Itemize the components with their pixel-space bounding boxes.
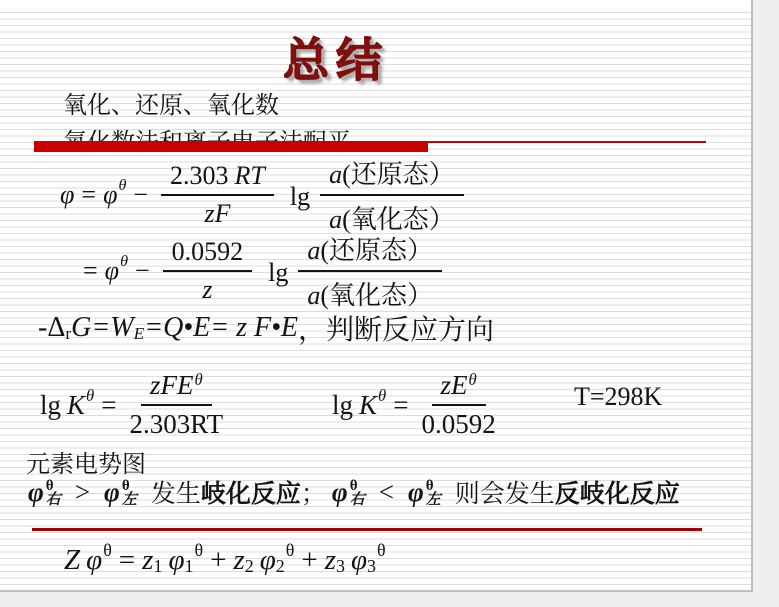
nernst-equation-rt: φ = φθ − 2.303RT zF lg a(还原态） a(氧化态） xyxy=(60,160,470,230)
lg-operator: lg xyxy=(290,182,310,212)
fraction-numerator: a(还原态） xyxy=(298,230,442,272)
equals-sign: = xyxy=(81,180,96,210)
fraction-numerator: a(还原态） xyxy=(320,154,464,196)
lg-operator: lg xyxy=(40,390,61,421)
theta-superscript: θ xyxy=(378,386,386,406)
r-subscript: r xyxy=(65,324,71,344)
ze-variables: zE xyxy=(441,370,468,400)
red-highlight-bar xyxy=(34,142,428,152)
theta-superscript: θ xyxy=(286,540,295,561)
fraction-denominator: a(氧化态） xyxy=(307,272,433,312)
activity-symbol: a xyxy=(307,236,320,265)
lg-operator: lg xyxy=(332,390,353,421)
phi-symbol: φ xyxy=(28,477,44,508)
less-than-sign: < xyxy=(379,477,394,508)
fraction-denominator: 0.0592 xyxy=(422,406,496,440)
lg-operator: lg xyxy=(268,258,288,288)
lgk-equation-0592: lg Kθ = zEθ 0.0592 xyxy=(332,368,502,442)
equals-sign: = xyxy=(393,390,408,421)
slide-top-margin xyxy=(0,0,751,8)
subscript-2: 2 xyxy=(245,556,254,577)
subscript-3: 3 xyxy=(336,556,345,577)
z2-symbol: z xyxy=(233,544,244,577)
theta-superscript: θ xyxy=(118,177,126,195)
theta-superscript: θ xyxy=(86,386,94,406)
activity-symbol: a xyxy=(329,160,342,189)
fraction-numerator: 2.303RT xyxy=(161,161,274,196)
disproportionation-bold-text: 岐化反应 xyxy=(201,474,301,510)
fraction-zfe-over-rt: zFEθ 2.303RT xyxy=(130,370,224,440)
phi-right-scripts: θ右 xyxy=(46,479,61,508)
phi-symbol: φ xyxy=(332,477,348,508)
nernst-equation-0592: = φθ − 0.0592 z lg a(还原态） a(氧化态） xyxy=(76,236,448,306)
dark-red-rule xyxy=(32,528,702,531)
fraction-rt-over-zf: 2.303RT zF xyxy=(161,161,274,229)
theta-superscript: θ xyxy=(103,540,112,561)
occurs-text: 发生 xyxy=(151,474,201,510)
semicolon: ； xyxy=(301,474,326,510)
g-equals-w: G=W xyxy=(71,312,133,344)
phi-left-group: φ θ左 xyxy=(104,477,137,508)
theta-superscript: θ xyxy=(377,540,386,561)
oxidized-state-label: (氧化态） xyxy=(320,281,433,310)
fraction-ze-over-0592: zEθ 0.0592 xyxy=(422,370,496,440)
theta-superscript: θ xyxy=(469,370,477,389)
fraction-activity-ratio: a(还原态） a(氧化态） xyxy=(320,154,464,236)
fraction-0592-over-z: 0.0592 z xyxy=(163,237,253,305)
right-subscript: 右 xyxy=(350,493,365,507)
subscript-1: 1 xyxy=(153,556,162,577)
page-background: 总结 氧化、还原、氧化数 氧化数法和离子电子法配平 φ = φθ − 2.303… xyxy=(0,0,779,607)
phi-standard-symbol: φ xyxy=(105,256,119,286)
minus-sign: − xyxy=(135,256,150,286)
phi-left-group: φ θ左 xyxy=(408,477,441,508)
phi-right-group: φ θ右 xyxy=(28,477,61,508)
delta-symbol: -Δ xyxy=(38,312,65,344)
disproportionation-condition-line: φ θ右 > φ θ左 发生岐化反应； φ θ右 < φ θ左 则会发生反岐化反… xyxy=(26,472,680,512)
phi-right-scripts: θ右 xyxy=(350,479,365,508)
phi-standard-symbol: φ xyxy=(103,180,117,210)
summary-line-oxidation: 氧化、还原、氧化数 xyxy=(63,85,279,120)
fraction-activity-ratio: a(还原态） a(氧化态） xyxy=(298,230,442,312)
subscript-2: 2 xyxy=(276,556,285,577)
phi-symbol: φ xyxy=(260,544,276,577)
subscript-3: 3 xyxy=(367,556,376,577)
equals-sign: = xyxy=(101,390,116,421)
lgk-equation-rt: lg Kθ = zFEθ 2.303RT xyxy=(40,368,229,442)
phi-left-scripts: θ左 xyxy=(122,479,137,508)
right-subscript: 右 xyxy=(46,493,61,507)
phi-symbol: φ xyxy=(86,544,102,577)
weighted-potential-sum-formula: Z φθ = z1 φ1θ + z2 φ2θ + z3 φ3θ xyxy=(64,536,386,584)
left-subscript: 左 xyxy=(426,493,441,507)
plus-sign: + xyxy=(301,544,317,577)
plus-sign: + xyxy=(210,544,226,577)
phi-symbol: φ xyxy=(168,544,184,577)
subscript-1: 1 xyxy=(184,556,193,577)
k-symbol: K xyxy=(359,390,377,421)
reduced-state-label: (还原态） xyxy=(342,160,455,189)
e-subscript: E xyxy=(134,324,145,344)
minus-sign: − xyxy=(133,180,148,210)
phi-symbol: φ xyxy=(60,180,74,210)
z1-symbol: z xyxy=(142,544,153,577)
fraction-denominator: 2.303RT xyxy=(130,406,224,440)
theta-superscript: θ xyxy=(194,370,202,389)
slide-canvas: 总结 氧化、还原、氧化数 氧化数法和离子电子法配平 φ = φθ − 2.303… xyxy=(0,0,753,592)
zfe-variables: zFE xyxy=(150,370,194,400)
theta-superscript: θ xyxy=(120,253,128,271)
left-subscript: 左 xyxy=(122,493,137,507)
fraction-denominator: z xyxy=(202,272,212,305)
judge-direction-text: ，判断反应方向 xyxy=(298,308,494,348)
phi-left-scripts: θ左 xyxy=(426,479,441,508)
theta-superscript: θ xyxy=(194,540,203,561)
rt-variables: RT xyxy=(235,161,265,190)
equals-sign: = xyxy=(119,544,135,577)
comproportionation-bold-text: 反岐化反应 xyxy=(555,474,680,510)
then-occurs-text: 则会发生 xyxy=(455,474,555,510)
phi-symbol: φ xyxy=(104,477,120,508)
k-symbol: K xyxy=(67,390,85,421)
temperature-note: T=298K xyxy=(574,382,662,412)
activity-symbol: a xyxy=(307,281,320,310)
fraction-numerator: zEθ xyxy=(432,370,486,406)
qe-zfe-terms: =Q•E= z F•E xyxy=(144,312,298,344)
rt-denominator: 2.303RT xyxy=(130,409,224,439)
z-capital-symbol: Z xyxy=(64,544,80,577)
fraction-numerator: 0.0592 xyxy=(163,237,253,272)
z3-symbol: z xyxy=(325,544,336,577)
fraction-denominator: zF xyxy=(204,196,230,229)
reduced-state-label: (还原态） xyxy=(320,236,433,265)
phi-symbol: φ xyxy=(408,477,424,508)
phi-symbol: φ xyxy=(351,544,367,577)
fraction-numerator: zFEθ xyxy=(141,370,212,406)
equals-sign: = xyxy=(83,256,98,286)
greater-than-sign: > xyxy=(75,477,90,508)
phi-right-group: φ θ右 xyxy=(332,477,365,508)
slide-title: 总结 xyxy=(283,24,389,90)
gibbs-energy-line: -ΔrG=WE=Q•E= z F•E，判断反应方向 xyxy=(38,308,494,348)
coefficient: 2.303 xyxy=(170,161,229,190)
